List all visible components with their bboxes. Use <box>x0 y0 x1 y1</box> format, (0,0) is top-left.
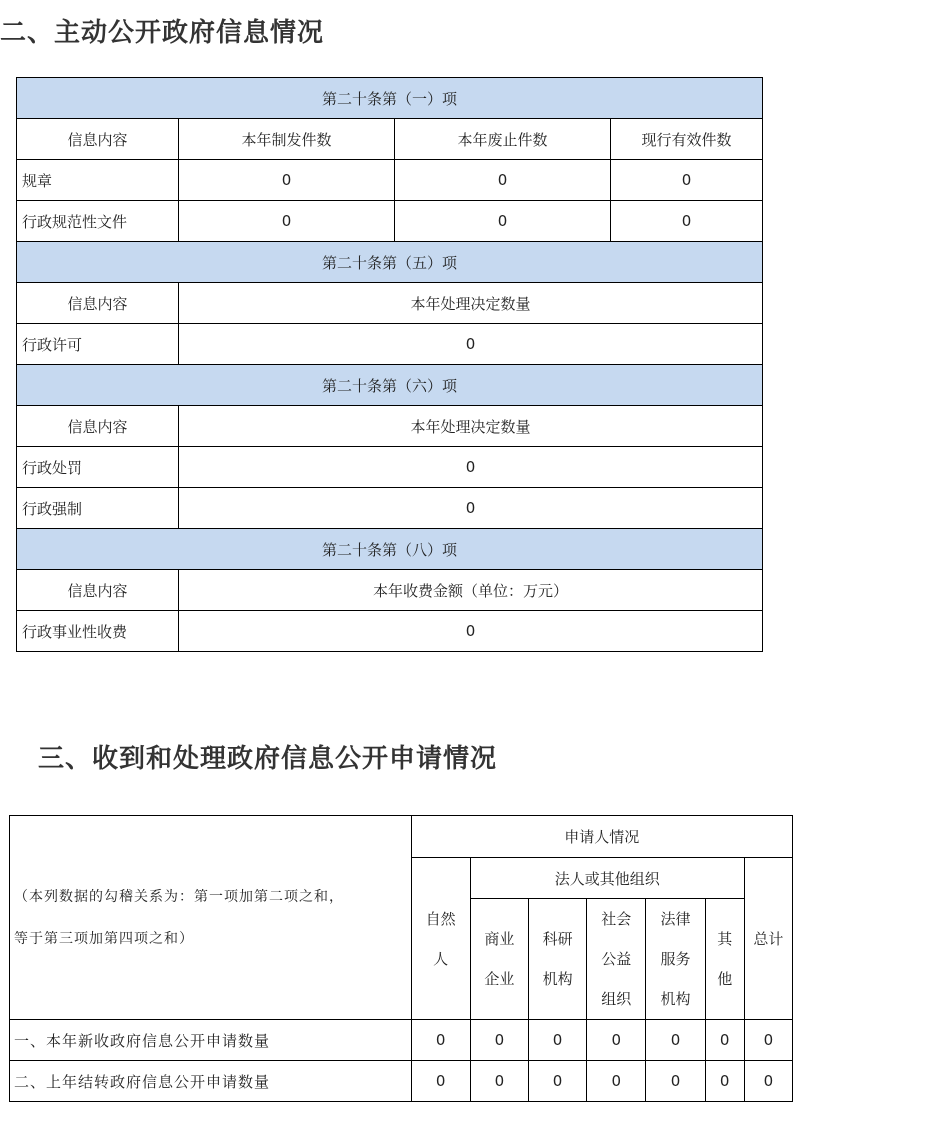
cell-value: 0 <box>179 447 763 488</box>
table-row: 一、本年新收政府信息公开申请数量 0 0 0 0 0 0 0 <box>10 1020 793 1061</box>
research-institution-header: 科研 机构 <box>528 899 586 1020</box>
column-header: 本年废止件数 <box>395 119 611 160</box>
commercial-enterprise-header: 商业 企业 <box>470 899 528 1020</box>
row-label: 行政强制 <box>17 488 179 529</box>
block-header-row: 第二十条第（八）项 <box>17 529 763 570</box>
column-header-row: 信息内容 本年处理决定数量 <box>17 406 763 447</box>
block-header-row: 第二十条第（五）项 <box>17 242 763 283</box>
section-3-title: 三、收到和处理政府信息公开申请情况 <box>38 738 497 775</box>
note-line: （本列数据的勾稽关系为：第一项加第二项之和， <box>14 876 411 918</box>
column-header-row: 信息内容 本年处理决定数量 <box>17 283 763 324</box>
row-label: 规章 <box>17 160 179 201</box>
cell-value: 0 <box>705 1020 744 1061</box>
table-row: 行政许可 0 <box>17 324 763 365</box>
block-heading: 第二十条第（八）项 <box>17 529 763 570</box>
cell-value: 0 <box>611 160 763 201</box>
column-header: 信息内容 <box>17 406 179 447</box>
legal-person-header: 法人或其他组织 <box>470 858 744 899</box>
cell-value: 0 <box>179 201 395 242</box>
row-label: 行政规范性文件 <box>17 201 179 242</box>
column-header: 信息内容 <box>17 283 179 324</box>
column-header: 本年收费金额（单位：万元） <box>179 570 763 611</box>
cell-value: 0 <box>179 160 395 201</box>
cell-value: 0 <box>744 1061 792 1102</box>
other-header: 其 他 <box>705 899 744 1020</box>
checksum-note: （本列数据的勾稽关系为：第一项加第二项之和， 等于第三项加第四项之和） <box>10 816 412 1020</box>
header-row: （本列数据的勾稽关系为：第一项加第二项之和， 等于第三项加第四项之和） 申请人情… <box>10 816 793 858</box>
proactive-disclosure-table: 第二十条第（一）项 信息内容 本年制发件数 本年废止件数 现行有效件数 规章 0… <box>16 77 763 652</box>
column-header: 信息内容 <box>17 570 179 611</box>
block-heading: 第二十条第（六）项 <box>17 365 763 406</box>
cell-value: 0 <box>395 201 611 242</box>
cell-value: 0 <box>528 1020 586 1061</box>
cell-value: 0 <box>744 1020 792 1061</box>
natural-person-header: 自然 人 <box>411 858 470 1020</box>
block-heading: 第二十条第（一）项 <box>17 78 763 119</box>
cell-value: 0 <box>179 488 763 529</box>
cell-value: 0 <box>587 1061 646 1102</box>
cell-value: 0 <box>395 160 611 201</box>
column-header: 本年处理决定数量 <box>179 283 763 324</box>
social-welfare-org-header: 社会 公益 组织 <box>587 899 646 1020</box>
row-label: 行政许可 <box>17 324 179 365</box>
column-header: 信息内容 <box>17 119 179 160</box>
cell-value: 0 <box>411 1020 470 1061</box>
row-label: 行政事业性收费 <box>17 611 179 652</box>
cell-value: 0 <box>179 324 763 365</box>
block-header-row: 第二十条第（一）项 <box>17 78 763 119</box>
total-header: 总计 <box>744 858 792 1020</box>
row-label: 一、本年新收政府信息公开申请数量 <box>10 1020 412 1061</box>
cell-value: 0 <box>646 1020 705 1061</box>
table-row: 行政规范性文件 0 0 0 <box>17 201 763 242</box>
row-label: 行政处罚 <box>17 447 179 488</box>
cell-value: 0 <box>470 1020 528 1061</box>
cell-value: 0 <box>528 1061 586 1102</box>
table-row: 行政强制 0 <box>17 488 763 529</box>
table-row: 二、上年结转政府信息公开申请数量 0 0 0 0 0 0 0 <box>10 1061 793 1102</box>
cell-value: 0 <box>179 611 763 652</box>
table-row: 行政事业性收费 0 <box>17 611 763 652</box>
legal-service-org-header: 法律 服务 机构 <box>646 899 705 1020</box>
column-header-row: 信息内容 本年收费金额（单位：万元） <box>17 570 763 611</box>
application-table: （本列数据的勾稽关系为：第一项加第二项之和， 等于第三项加第四项之和） 申请人情… <box>9 815 793 1102</box>
column-header: 现行有效件数 <box>611 119 763 160</box>
applicant-header: 申请人情况 <box>411 816 792 858</box>
note-line: 等于第三项加第四项之和） <box>14 918 411 960</box>
row-label: 二、上年结转政府信息公开申请数量 <box>10 1061 412 1102</box>
column-header: 本年制发件数 <box>179 119 395 160</box>
section-2-title: 二、主动公开政府信息情况 <box>0 12 324 49</box>
cell-value: 0 <box>611 201 763 242</box>
cell-value: 0 <box>470 1061 528 1102</box>
cell-value: 0 <box>411 1061 470 1102</box>
cell-value: 0 <box>646 1061 705 1102</box>
cell-value: 0 <box>587 1020 646 1061</box>
block-header-row: 第二十条第（六）项 <box>17 365 763 406</box>
table-row: 行政处罚 0 <box>17 447 763 488</box>
table-row: 规章 0 0 0 <box>17 160 763 201</box>
block-heading: 第二十条第（五）项 <box>17 242 763 283</box>
cell-value: 0 <box>705 1061 744 1102</box>
column-header-row: 信息内容 本年制发件数 本年废止件数 现行有效件数 <box>17 119 763 160</box>
column-header: 本年处理决定数量 <box>179 406 763 447</box>
